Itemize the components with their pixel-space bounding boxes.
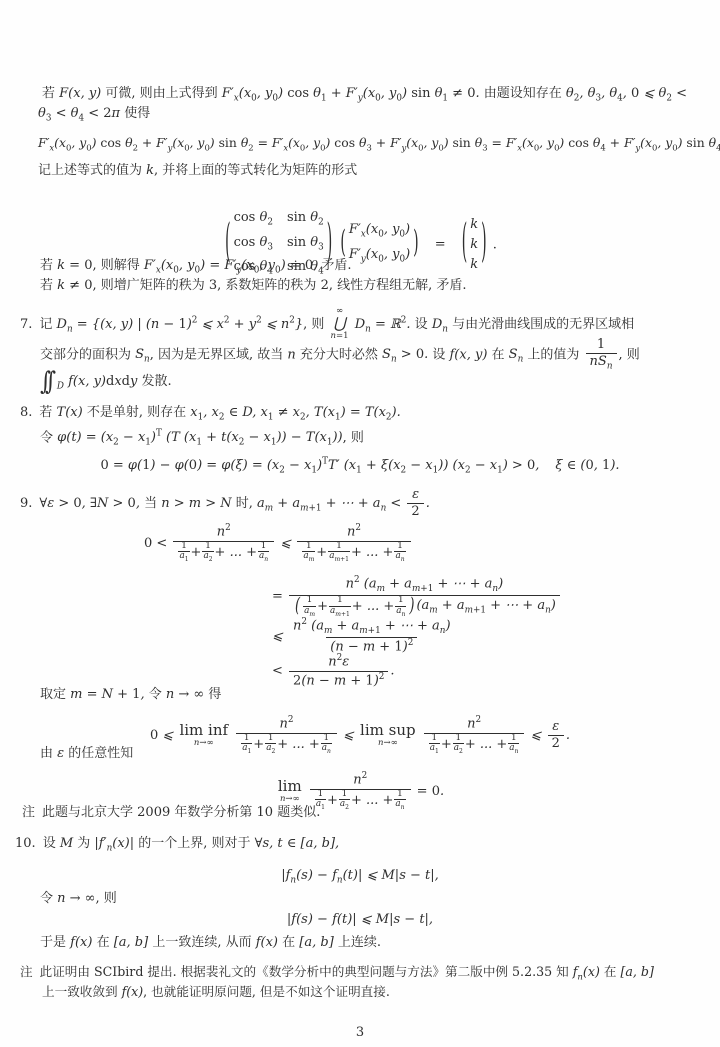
item-10-line-1: 10.设 M 为 |f′n(x)| 的一个上界, 则对于 ∀s, t ∈ [a,… xyxy=(15,834,339,859)
item-10-line-3: 于是 f(x) 在 [a, b] 上一致连续, 从而 f(x) 在 [a, b]… xyxy=(40,933,381,952)
item-10-display-2: |f(s) − f(t)| ⩽ M|s − t|, xyxy=(0,910,720,929)
item-10-display-1: |fn(s) − fn(t)| ⩽ M|s − t|, xyxy=(0,866,720,891)
note-2-line-2: 上一致收敛到 f(x), 也就能证明原问题, 但是不如这个证明直接. xyxy=(42,982,390,1001)
item-9-display-2: = n2 (am + am+1 + ⋯ + an)(1am + 1am+1 + … xyxy=(272,575,562,618)
period: . xyxy=(493,237,497,252)
item-9-display-3: ⩽ n2 (am + am+1 + ⋯ + an)(n − m + 1)2 xyxy=(272,617,457,656)
intro-line-2: θ3 < θ4 < 2π 使得 xyxy=(38,104,150,129)
item-9-display-4: < n2ε2(n − m + 1)2. xyxy=(272,653,395,689)
gradient-vector: (F′x(x0, y0)F′y(x0, y0)) xyxy=(340,222,418,267)
intro-line-3: 记上述等式的值为 k, 并将上面的等式转化为矩阵的形式 xyxy=(38,161,357,180)
right-paren: ) xyxy=(481,214,486,277)
item-9-line-3: 由 ε 的任意性知 xyxy=(40,744,133,763)
item-10-number: 10. xyxy=(15,836,36,851)
left-paren: ( xyxy=(462,214,467,277)
equals-sign: = xyxy=(435,237,446,252)
item-8-number: 8. xyxy=(20,405,32,420)
item-8-display: 0 = φ(1) − φ(0) = φ(ξ) = (x2 − x1)TT′ (x… xyxy=(0,453,720,481)
note-1: 注此题与北京大学 2009 年数学分析第 10 题类似. xyxy=(22,803,320,822)
document-page: 若 F(x, y) 可微, 则由上式得到 F′x(x0, y0) cos θ1 … xyxy=(0,0,720,1047)
right-paren: ) xyxy=(413,224,418,266)
note-label: 注 xyxy=(22,805,35,820)
item-8-line-2: 令 φ(t) = (x2 − x1)T (T (x1 + t(x2 − x1))… xyxy=(40,425,364,453)
note-label: 注 xyxy=(20,964,33,979)
item-7-line-2: 交部分的面积为 Sn, 因为是无界区域, 故当 n 充分大时必然 Sn > 0.… xyxy=(40,337,640,373)
page-number: 3 xyxy=(0,1025,720,1040)
item-7-line-3: ∫∫D f(x, y)dxdy 发散. xyxy=(40,372,172,397)
item-9-line-1: 9.∀ε > 0, ∃N > 0, 当 n > m > N 时, am + am… xyxy=(20,487,430,521)
item-9-number: 9. xyxy=(20,496,32,511)
item-7-number: 7. xyxy=(20,317,32,332)
item-9-display-1: 0 < n21a1 + 1a2 + ... + 1an ⩽ n21am + 1a… xyxy=(144,523,413,564)
k-vector: (kkk) xyxy=(462,217,487,273)
case-k-nonzero: 若 k ≠ 0, 则增广矩阵的秩为 3, 系数矩阵的秩为 2, 线性方程组无解,… xyxy=(40,276,467,295)
item-10-line-2: 令 n → ∞, 则 xyxy=(40,889,117,908)
item-9-line-2: 取定 m = N + 1, 令 n → ∞ 得 xyxy=(40,685,221,704)
equation-chain: F′x(x0, y0) cos θ2 + F′y(x0, y0) sin θ2 … xyxy=(38,133,720,157)
item-8-line-1: 8.若 T(x) 不是单射, 则存在 x1, x2 ∈ D, x1 ≠ x2, … xyxy=(20,403,401,428)
